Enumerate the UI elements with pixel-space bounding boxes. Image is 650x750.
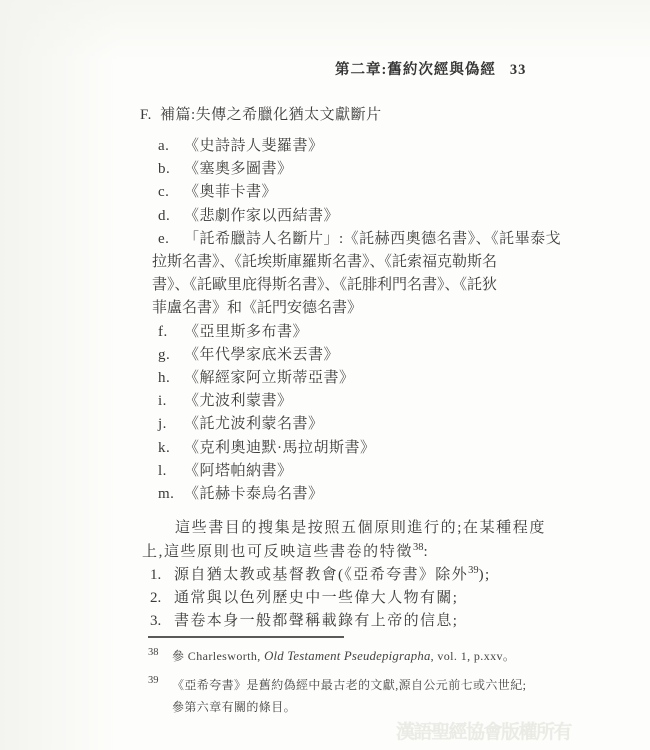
- item-text: 《解經家阿立斯蒂亞書》: [184, 367, 355, 390]
- footnote-number: 38: [148, 643, 172, 663]
- book-list: a. 《史詩詩人斐羅書》 b. 《塞奧多圖書》 c. 《奧菲卡書》 d. 《悲劇…: [140, 135, 552, 506]
- item-text: 《年代學家底米丟書》: [184, 344, 339, 367]
- item-text-line1: 「託希臘詩人名斷片」:《託赫西奧德名書》、《託畢泰戈: [184, 228, 561, 251]
- book-list-item-h: h. 《解經家阿立斯蒂亞書》: [140, 367, 552, 390]
- principle-text-pre: 源自猶太教或基督教會(《亞希夸書》除外: [174, 567, 468, 583]
- principle-2: 2. 通常與以色列歷史中一些偉大人物有關;: [140, 587, 552, 610]
- book-list-item-i: i. 《尤波利蒙書》: [140, 390, 552, 413]
- book-list-item-a: a. 《史詩詩人斐羅書》: [140, 135, 552, 158]
- principle-number: 2.: [150, 587, 174, 610]
- footnotes-section: 38 參 Charlesworth, Old Testament Pseudep…: [140, 636, 548, 718]
- intro-paragraph: 這些書目的搜集是按照五個原則進行的;在某種程度 上,這些原則也可反映這些書卷的特…: [140, 516, 552, 564]
- book-list-item-l: l. 《阿塔帕納書》: [140, 460, 552, 483]
- item-label: k.: [158, 437, 184, 460]
- section-label: F.: [140, 104, 160, 127]
- page-number: 33: [510, 62, 527, 79]
- item-text: 《託赫卡泰烏名書》: [184, 483, 324, 506]
- footnote-38: 38 參 Charlesworth, Old Testament Pseudep…: [140, 646, 548, 666]
- copyright-watermark: 漢語聖經協會版權所有: [396, 717, 571, 744]
- principle-number: 3.: [150, 610, 174, 633]
- footnote-text-line2: 參第六章有關的條目。: [172, 700, 296, 714]
- principles-list: 1. 源自猶太教或基督教會(《亞希夸書》除外39); 2. 通常與以色列歷史中一…: [140, 564, 552, 633]
- footnote-divider-line: [148, 636, 344, 638]
- footnote-text-post: , vol. 1, p.xxv。: [431, 649, 516, 663]
- item-label: b.: [158, 158, 184, 181]
- book-list-item-e-cont: 拉斯名書》、《託埃斯庫羅斯名書》、《託索福克勒斯名: [152, 251, 552, 274]
- footnote-39: 39 《亞希夸書》是舊約偽經中最古老的文獻,源自公元前七或六世紀;參第六章有關的…: [140, 674, 548, 718]
- item-label: l.: [158, 460, 184, 483]
- item-label: m.: [158, 483, 184, 506]
- item-text-line4: 菲盧名書》和《託門安德名書》: [152, 297, 362, 320]
- item-text: 《史詩詩人斐羅書》: [184, 135, 324, 158]
- footnote-text: 參 Charlesworth, Old Testament Pseudepigr…: [172, 646, 515, 666]
- item-label: j.: [158, 413, 184, 436]
- book-list-item-b: b. 《塞奧多圖書》: [140, 158, 552, 181]
- book-list-item-f: f. 《亞里斯多布書》: [140, 321, 552, 344]
- item-label: d.: [158, 205, 184, 228]
- book-list-item-m: m. 《託赫卡泰烏名書》: [140, 483, 552, 506]
- item-label: h.: [158, 367, 184, 390]
- book-list-item-g: g. 《年代學家底米丟書》: [140, 344, 552, 367]
- book-list-item-c: c. 《奧菲卡書》: [140, 181, 552, 204]
- footnote-ref-39: 39: [468, 565, 479, 576]
- item-text: 《亞里斯多布書》: [184, 321, 308, 344]
- item-text: 《克利奧迪默·馬拉胡斯書》: [184, 437, 376, 460]
- section-heading: F. 補篇:失傳之希臘化猶太文獻斷片: [140, 104, 552, 127]
- item-text: 《阿塔帕納書》: [184, 460, 293, 483]
- item-text: 《塞奧多圖書》: [184, 158, 293, 181]
- item-label: f.: [158, 321, 184, 344]
- principle-text: 源自猶太教或基督教會(《亞希夸書》除外39);: [174, 564, 491, 587]
- footnote-ref-38: 38: [413, 542, 424, 553]
- paragraph-line: 上,這些原則也可反映這些書卷的特徵38:: [140, 540, 552, 564]
- footnote-text-line1: 《亞希夸書》是舊約偽經中最古老的文獻,源自公元前七或六世紀;: [172, 678, 526, 692]
- principle-number: 1.: [150, 564, 174, 587]
- item-text-line2: 拉斯名書》、《託埃斯庫羅斯名書》、《託索福克勒斯名: [152, 251, 497, 274]
- main-content: F. 補篇:失傳之希臘化猶太文獻斷片 a. 《史詩詩人斐羅書》 b. 《塞奧多圖…: [140, 104, 552, 633]
- principle-3: 3. 書卷本身一般都聲稱載錄有上帝的信息;: [140, 610, 552, 633]
- item-label: g.: [158, 344, 184, 367]
- item-label: i.: [158, 390, 184, 413]
- item-text-line3: 書》、《託歐里庇得斯名書》、《託腓利門名書》、《託狄: [152, 274, 497, 297]
- book-list-item-e-cont: 菲盧名書》和《託門安德名書》: [152, 297, 552, 320]
- item-text: 《悲劇作家以西結書》: [184, 205, 339, 228]
- book-list-item-k: k. 《克利奧迪默·馬拉胡斯書》: [140, 437, 552, 460]
- paragraph-text: :: [423, 544, 429, 560]
- book-page-scan: 第二章:舊約次經與偽經 33 F. 補篇:失傳之希臘化猶太文獻斷片 a. 《史詩…: [0, 0, 650, 750]
- footnote-book-title: Old Testament Pseudepigrapha: [264, 649, 431, 663]
- book-list-item-e: e. 「託希臘詩人名斷片」:《託赫西奧德名書》、《託畢泰戈: [140, 228, 552, 251]
- item-label: e.: [158, 228, 184, 251]
- section-title: 補篇:失傳之希臘化猶太文獻斷片: [160, 104, 382, 127]
- chapter-title: 第二章:舊約次經與偽經: [335, 58, 496, 79]
- principle-text: 通常與以色列歷史中一些偉大人物有關;: [174, 587, 458, 610]
- principle-text: 書卷本身一般都聲稱載錄有上帝的信息;: [174, 610, 458, 633]
- item-text: 《尤波利蒙書》: [184, 390, 293, 413]
- item-label: c.: [158, 181, 184, 204]
- principle-text-post: );: [479, 567, 491, 583]
- item-label: a.: [158, 135, 184, 158]
- item-text: 《奧菲卡書》: [184, 181, 277, 204]
- book-list-item-e-cont: 書》、《託歐里庇得斯名書》、《託腓利門名書》、《託狄: [152, 274, 552, 297]
- principle-1: 1. 源自猶太教或基督教會(《亞希夸書》除外39);: [140, 564, 552, 587]
- footnote-text-pre: 參 Charlesworth,: [172, 649, 264, 663]
- book-list-item-j: j. 《託尤波利蒙名書》: [140, 413, 552, 436]
- paragraph-line: 這些書目的搜集是按照五個原則進行的;在某種程度: [140, 516, 552, 540]
- item-text: 《託尤波利蒙名書》: [184, 413, 324, 436]
- paragraph-text: 上,這些原則也可反映這些書卷的特徵: [142, 544, 413, 560]
- footnote-number: 39: [148, 671, 172, 715]
- book-list-item-d: d. 《悲劇作家以西結書》: [140, 205, 552, 228]
- running-header: 第二章:舊約次經與偽經 33: [335, 58, 526, 79]
- footnote-text: 《亞希夸書》是舊約偽經中最古老的文獻,源自公元前七或六世紀;參第六章有關的條目。: [172, 674, 526, 718]
